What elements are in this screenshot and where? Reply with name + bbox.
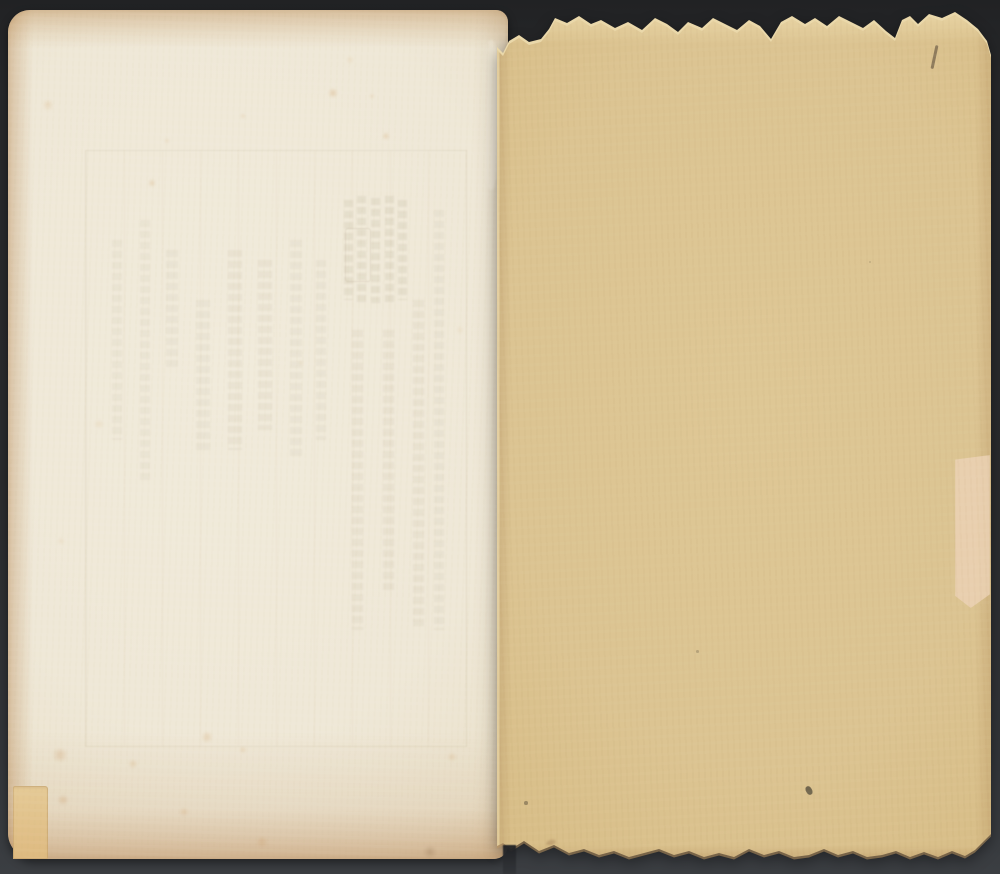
- delamination-peel-patch: [955, 455, 990, 608]
- foxing-spot: [447, 752, 457, 762]
- foxing-spot: [57, 537, 65, 545]
- foxing-spot: [346, 56, 354, 64]
- smudge-mark: [546, 839, 557, 846]
- foxing-spot: [179, 807, 189, 817]
- foxing-spot: [42, 99, 54, 111]
- ghost-text-column: [371, 198, 380, 303]
- ghost-text-column: [258, 260, 272, 430]
- ghost-text-column: [357, 196, 366, 306]
- ghost-text-column: [434, 210, 444, 630]
- left-page-verso: [8, 10, 508, 859]
- ink-speck: [804, 785, 814, 796]
- foxing-spot: [298, 360, 304, 366]
- ink-dot: [696, 650, 699, 653]
- ghost-text-column: [196, 300, 210, 450]
- foxing-spot: [164, 138, 170, 144]
- ghost-text-column: [385, 196, 394, 304]
- ghost-text-column: [344, 200, 353, 300]
- foxing-spot: [240, 113, 246, 119]
- ghost-text-column: [316, 260, 326, 440]
- foxing-spot: [456, 326, 464, 334]
- ghost-text-column: [413, 300, 424, 630]
- ghost-text-column: [166, 250, 178, 370]
- foxing-spot: [382, 132, 390, 140]
- foxing-spot: [148, 179, 156, 187]
- ghost-text-column: [383, 330, 394, 590]
- foxing-spot: [328, 88, 338, 98]
- foxing-spot: [256, 836, 268, 848]
- foxing-spot: [57, 794, 69, 806]
- ink-speck: [524, 801, 528, 805]
- ghost-text-column: [228, 250, 242, 450]
- ghost-text-column: [290, 240, 302, 460]
- ink-dot: [869, 261, 871, 263]
- foxing-spot: [201, 731, 213, 743]
- foxing-spot: [423, 845, 437, 859]
- cover-paper-surface: [497, 14, 991, 865]
- book-scan-stage: [0, 0, 1000, 874]
- ghost-text-column: [140, 220, 150, 480]
- repair-patch: [13, 786, 48, 859]
- foxing-spot: [369, 93, 375, 99]
- foxing-spot: [239, 746, 247, 754]
- ghost-text-column: [352, 330, 363, 630]
- foxing-spot: [52, 747, 68, 763]
- scratch-mark: [931, 45, 938, 69]
- ghost-text-column: [398, 200, 407, 300]
- right-page-cover-leaf: [497, 14, 991, 865]
- ghost-text-column: [112, 240, 122, 440]
- foxing-spot: [94, 419, 104, 429]
- gutter-gap-shadow: [503, 845, 516, 874]
- foxing-spot: [128, 759, 138, 769]
